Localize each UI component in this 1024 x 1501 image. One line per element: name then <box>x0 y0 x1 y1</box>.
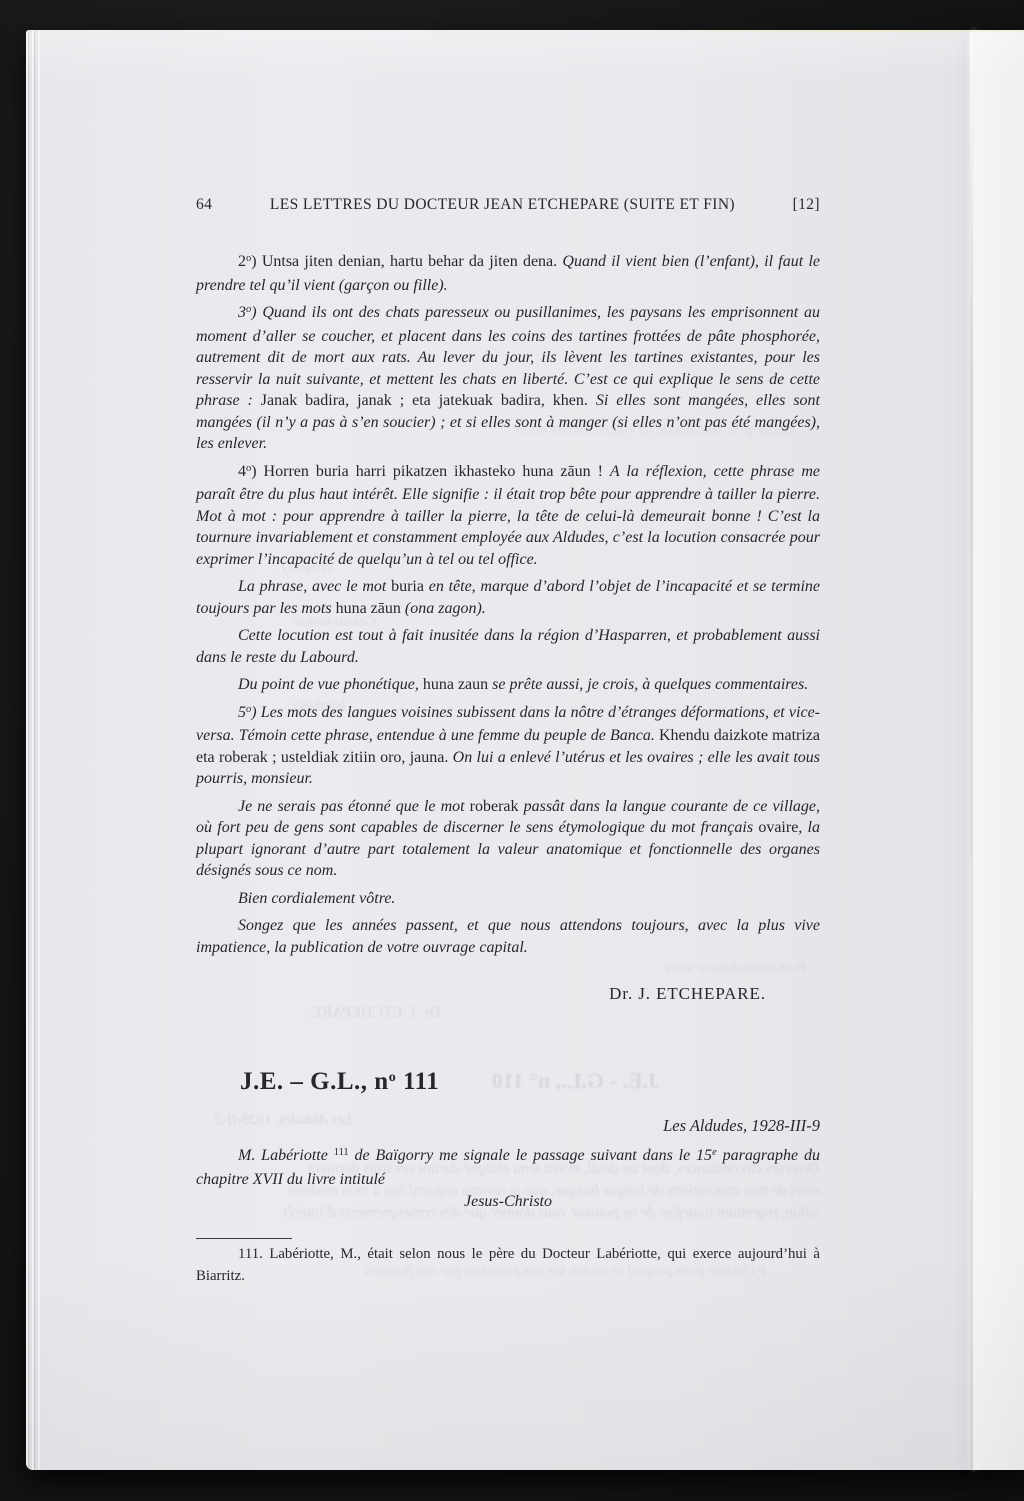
page-stack-edge <box>26 30 40 1470</box>
footnote-text: 111. Labériotte, M., était selon nous le… <box>196 1244 820 1287</box>
paragraph-7: 5o) Les mots des langues voisines subiss… <box>196 702 820 790</box>
paragraph-6: Du point de vue phonétique, huna zaun se… <box>196 674 820 696</box>
page-top-edge-highlight <box>626 30 1024 32</box>
ghost-text: Dr. J. ETCHEPARE. <box>226 1002 441 1023</box>
letter-body: 2o) Untsa jiten denian, hartu behar da j… <box>196 251 820 958</box>
bracket-page-number: [12] <box>793 196 820 214</box>
paragraph-4: La phrase, avec le mot buria en tête, ma… <box>196 576 820 619</box>
paragraph-3: 4o) Horren buria harri pikatzen ikhastek… <box>196 461 820 571</box>
book-page: tandis qu’à Mendionde on entend encore d… <box>26 30 1024 1470</box>
running-title: LES LETTRES DU DOCTEUR JEAN ETCHEPARE (S… <box>212 196 792 214</box>
paragraph-1: 2o) Untsa jiten denian, hartu behar da j… <box>196 251 820 296</box>
letter-opening-paragraph: M. Labériotte 111 de Baïgorry me signale… <box>196 1145 820 1190</box>
paragraph-10: Songez que les années passent, et que no… <box>196 915 820 958</box>
page-content: 64 LES LETTRES DU DOCTEUR JEAN ETCHEPARE… <box>196 196 820 1004</box>
letter-heading: J.E. – G.L., no 111 <box>240 1068 820 1096</box>
paragraph-2: 3o) Quand ils ont des chats paresseux ou… <box>196 302 820 455</box>
cited-book-title: Jesus-Christo <box>196 1193 820 1211</box>
letter-signature: Dr. J. ETCHEPARE. <box>196 984 820 1004</box>
paragraph-9: Bien cordialement vôtre. <box>196 888 820 910</box>
footnote-rule <box>196 1238 292 1239</box>
paragraph-8: Je ne serais pas étonné que le mot rober… <box>196 796 820 882</box>
footnote-block: 111. Labériotte, M., était selon nous le… <box>196 1238 820 1287</box>
letter-dateline: Les Aldudes, 1928-III-9 <box>196 1116 820 1136</box>
paragraph-5: Cette locution est tout à fait inusitée … <box>196 625 820 668</box>
page-fold-crease <box>970 30 973 1470</box>
next-letter-section: J.E. – G.L., no 111 Les Aldudes, 1928-II… <box>196 1068 820 1211</box>
running-header: 64 LES LETTRES DU DOCTEUR JEAN ETCHEPARE… <box>196 196 820 214</box>
page-number: 64 <box>196 196 212 214</box>
